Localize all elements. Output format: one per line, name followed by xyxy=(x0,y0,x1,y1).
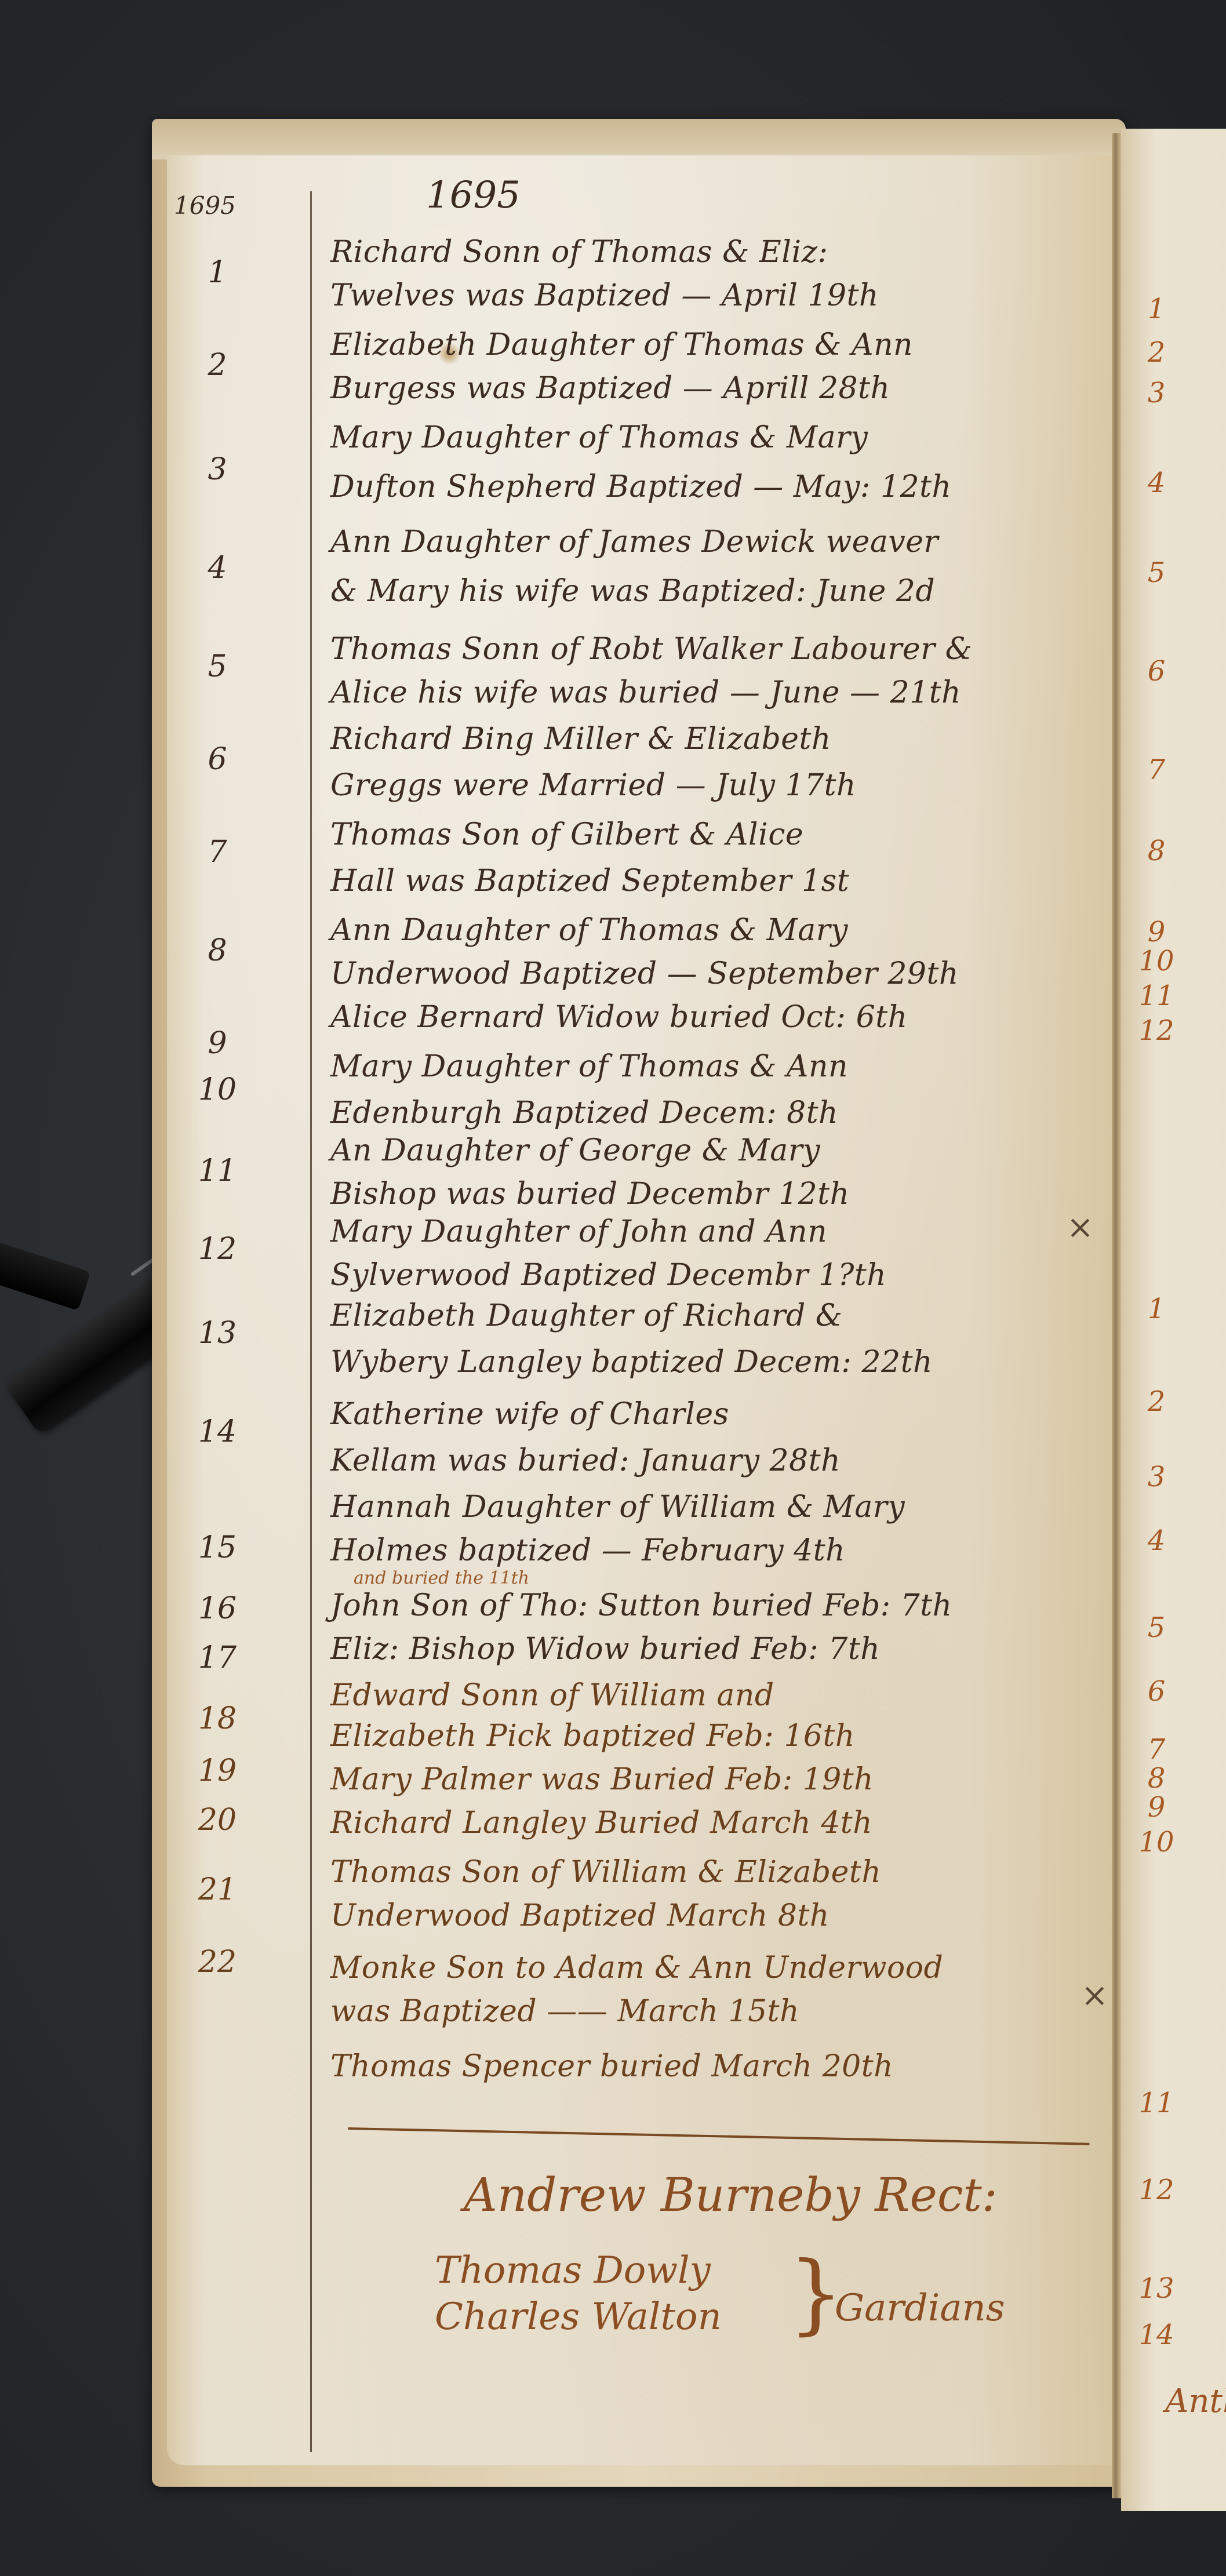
facing-page-number: 7 xyxy=(1133,1733,1180,1766)
entry-line: Elizabeth Daughter of Richard & xyxy=(330,1298,1101,1333)
cross-mark: × xyxy=(1081,1977,1108,2014)
entry-line: Underwood Baptized March 8th xyxy=(330,1898,1101,1933)
facing-page-number: 2 xyxy=(1133,1385,1180,1418)
cross-mark: × xyxy=(1067,1209,1094,1246)
facing-page-number: 7 xyxy=(1133,754,1180,786)
facing-page-number: 1 xyxy=(1133,293,1180,325)
facing-page-number: 4 xyxy=(1133,467,1180,499)
entry-line: Alice Bernard Widow buried Oct: 6th xyxy=(330,1000,1101,1035)
entry-line: Richard Langley Buried March 4th xyxy=(330,1806,1101,1840)
entry-number: 4 xyxy=(185,551,249,585)
entry-number: 5 xyxy=(185,649,249,684)
entry-line: Ann Daughter of Thomas & Mary xyxy=(330,913,1101,948)
facing-page-number: 1 xyxy=(1133,1293,1180,1325)
entry-line: Elizabeth Daughter of Thomas & Ann xyxy=(330,328,1101,362)
entry-number: 15 xyxy=(185,1530,249,1565)
entry-line: Mary Daughter of Thomas & Mary xyxy=(330,420,1101,455)
entry-number: 20 xyxy=(185,1803,249,1838)
guardian-signature-2: Charles Walton xyxy=(435,2295,722,2338)
facing-page-number: 12 xyxy=(1133,1014,1180,1047)
entry-number: 16 xyxy=(185,1591,249,1626)
entry-number: 1 xyxy=(185,255,249,290)
entry-line: Edenburgh Baptized Decem: 8th xyxy=(330,1096,1101,1130)
top-folded-edge xyxy=(152,119,1126,159)
facing-page-number: 4 xyxy=(1133,1525,1180,1557)
entry-line: Ann Daughter of James Dewick weaver xyxy=(330,525,1101,559)
guardian-signature-1: Thomas Dowly xyxy=(435,2249,711,2292)
guardians-label: Gardians xyxy=(835,2287,1005,2330)
facing-page-number: 9 xyxy=(1133,1791,1180,1824)
facing-page-number: 2 xyxy=(1133,336,1180,369)
entry-number: 11 xyxy=(185,1154,249,1188)
facing-page-number: 13 xyxy=(1133,2272,1180,2305)
entry-line: Hall was Baptized September 1st xyxy=(330,864,1101,898)
facing-page-number: 5 xyxy=(1133,1611,1180,1644)
facing-page-number: 12 xyxy=(1133,2174,1180,2206)
entry-number: 22 xyxy=(185,1945,249,1980)
entry-number: 19 xyxy=(185,1753,249,1788)
facing-page-number: 8 xyxy=(1133,1762,1180,1795)
entry-line: Bishop was buried Decembr 12th xyxy=(330,1177,1101,1211)
facing-page-number: 3 xyxy=(1133,1461,1180,1493)
entry-line: Twelves was Baptized — April 19th xyxy=(330,278,1101,313)
facing-page-number: 14 xyxy=(1133,2319,1180,2351)
entry-line: Burgess was Baptized — Aprill 28th xyxy=(330,371,1101,406)
facing-page-number: 8 xyxy=(1133,835,1180,867)
entry-line: Kellam was buried: January 28th xyxy=(330,1443,1101,1478)
entry-line: Mary Daughter of John and Ann xyxy=(330,1214,1101,1249)
entry-line: Hannah Daughter of William & Mary xyxy=(330,1490,1101,1525)
entry-line: Katherine wife of Charles xyxy=(330,1397,1101,1432)
entry-line: Thomas Son of Gilbert & Alice xyxy=(330,817,1101,852)
facing-page-number: 6 xyxy=(1133,1675,1180,1708)
entry-line: Sylverwood Baptized Decembr 1?th xyxy=(330,1258,1101,1293)
entry-number: 17 xyxy=(185,1640,249,1675)
book-gutter xyxy=(1112,133,1121,2498)
entry-line: Thomas Spencer buried March 20th xyxy=(330,2049,1101,2084)
entry-number: 9 xyxy=(185,1026,249,1061)
entry-line: Dufton Shepherd Baptized — May: 12th xyxy=(330,470,1101,504)
entry-line: Richard Bing Miller & Elizabeth xyxy=(330,722,1101,756)
entry-number: 6 xyxy=(185,742,249,777)
entry-number: 18 xyxy=(185,1701,249,1736)
entry-line: Mary Daughter of Thomas & Ann xyxy=(330,1049,1101,1084)
entry-number: 13 xyxy=(185,1316,249,1351)
entry-number: 8 xyxy=(185,933,249,968)
heading-year: 1695 xyxy=(426,174,521,217)
entry-number: 2 xyxy=(185,348,249,383)
entry-line: Thomas Son of William & Elizabeth xyxy=(330,1855,1101,1890)
entry-line: Mary Palmer was Buried Feb: 19th xyxy=(330,1762,1101,1797)
entry-line: Greggs were Married — July 17th xyxy=(330,768,1101,803)
margin-rule xyxy=(310,191,312,2452)
facing-page-number: 3 xyxy=(1133,377,1180,409)
entry-line: Alice his wife was buried — June — 21th xyxy=(330,675,1101,710)
entry-line: Holmes baptized — February 4th xyxy=(330,1533,1101,1568)
entry-number: 7 xyxy=(185,835,249,869)
entry-line: Monke Son to Adam & Ann Underwood xyxy=(330,1951,1101,1985)
facing-page-number: 10 xyxy=(1133,1826,1180,1858)
facing-page-number: 5 xyxy=(1133,556,1180,589)
entry-number: 14 xyxy=(185,1414,249,1449)
entry-number: 3 xyxy=(185,452,249,487)
entry-line: Elizabeth Pick baptized Feb: 16th xyxy=(330,1719,1101,1753)
entry-line: Wybery Langley baptized Decem: 22th xyxy=(330,1345,1101,1380)
entry-number: 21 xyxy=(185,1872,249,1907)
entry-line: Richard Sonn of Thomas & Eliz: xyxy=(330,235,1101,270)
entry-line: Eliz: Bishop Widow buried Feb: 7th xyxy=(330,1632,1101,1667)
entry-line: Thomas Sonn of Robt Walker Labourer & xyxy=(330,632,1101,667)
rector-signature: Andrew Burneby Rect: xyxy=(464,2168,998,2222)
facing-page-fragment-text: Anth xyxy=(1165,2382,1226,2420)
interlinear-note: and buried the 11th xyxy=(354,1568,529,1588)
entry-line: Underwood Baptized — September 29th xyxy=(330,956,1101,991)
entry-line: was Baptized —— March 15th xyxy=(330,1994,1101,2029)
entry-line: John Son of Tho: Sutton buried Feb: 7th xyxy=(330,1588,1101,1623)
entry-number: 10 xyxy=(185,1072,249,1107)
facing-page-number: 10 xyxy=(1133,945,1180,977)
margin-year: 1695 xyxy=(174,191,236,220)
entry-number: 12 xyxy=(185,1232,249,1267)
facing-page-number: 6 xyxy=(1133,655,1180,687)
entry-line: Edward Sonn of William and xyxy=(330,1678,1101,1713)
facing-page-number: 9 xyxy=(1133,916,1180,948)
facing-page-number: 11 xyxy=(1133,980,1180,1012)
entry-line: & Mary his wife was Baptized: June 2d xyxy=(330,574,1101,609)
entry-line: An Daughter of George & Mary xyxy=(330,1133,1101,1168)
facing-page-number: 11 xyxy=(1133,2087,1180,2119)
